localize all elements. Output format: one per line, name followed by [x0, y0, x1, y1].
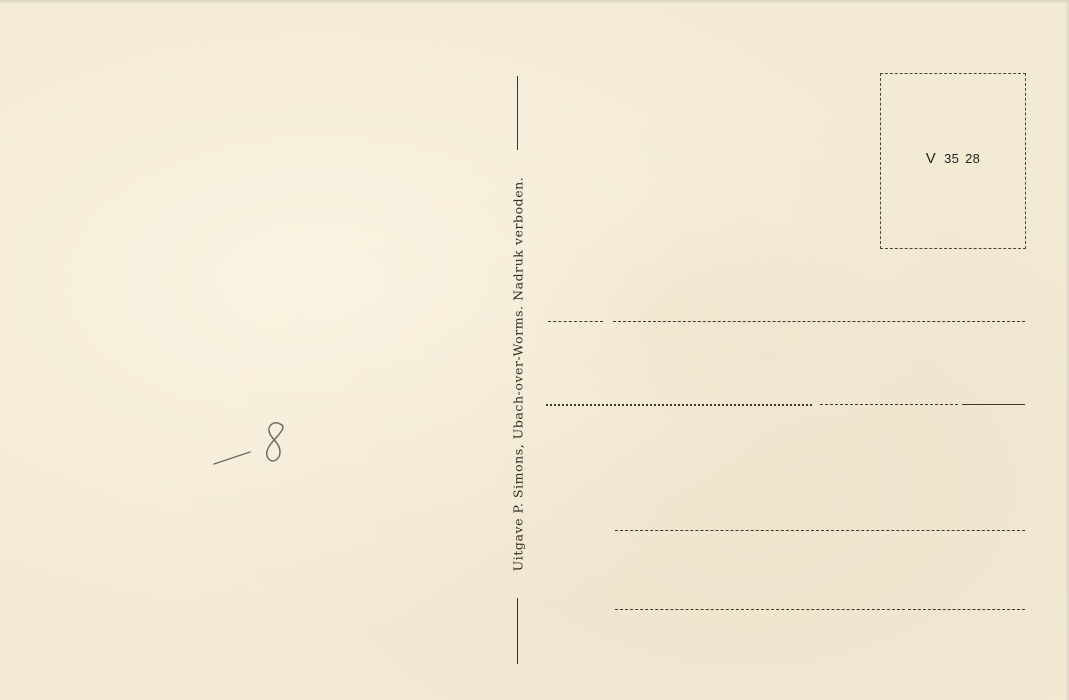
stamp-code-number-1: 35 — [944, 151, 959, 166]
stamp-code-number-2: 28 — [965, 151, 980, 166]
postcard-back: -8 Uitgave P. Simons, Ubach-over-Worms. … — [0, 0, 1069, 700]
address-line-3 — [615, 530, 1025, 531]
address-line-2b — [820, 404, 958, 405]
stamp-box: V3528 — [880, 73, 1026, 249]
stamp-code: V3528 — [881, 150, 1025, 167]
address-line-4b — [908, 609, 1025, 610]
address-line-1b — [613, 321, 1025, 322]
publisher-imprint: Uitgave P. Simons, Ubach-over-Worms. Nad… — [511, 177, 526, 572]
divider-rule-top — [517, 76, 518, 150]
card-right-edge — [1065, 0, 1069, 700]
card-top-edge — [0, 0, 1069, 4]
address-line-2c — [962, 404, 1025, 405]
address-line-4a — [615, 609, 905, 610]
address-line-1a — [548, 321, 603, 322]
divider-rule-bottom — [517, 598, 518, 664]
stamp-code-letter: V — [926, 150, 936, 167]
address-line-2a — [546, 404, 812, 406]
